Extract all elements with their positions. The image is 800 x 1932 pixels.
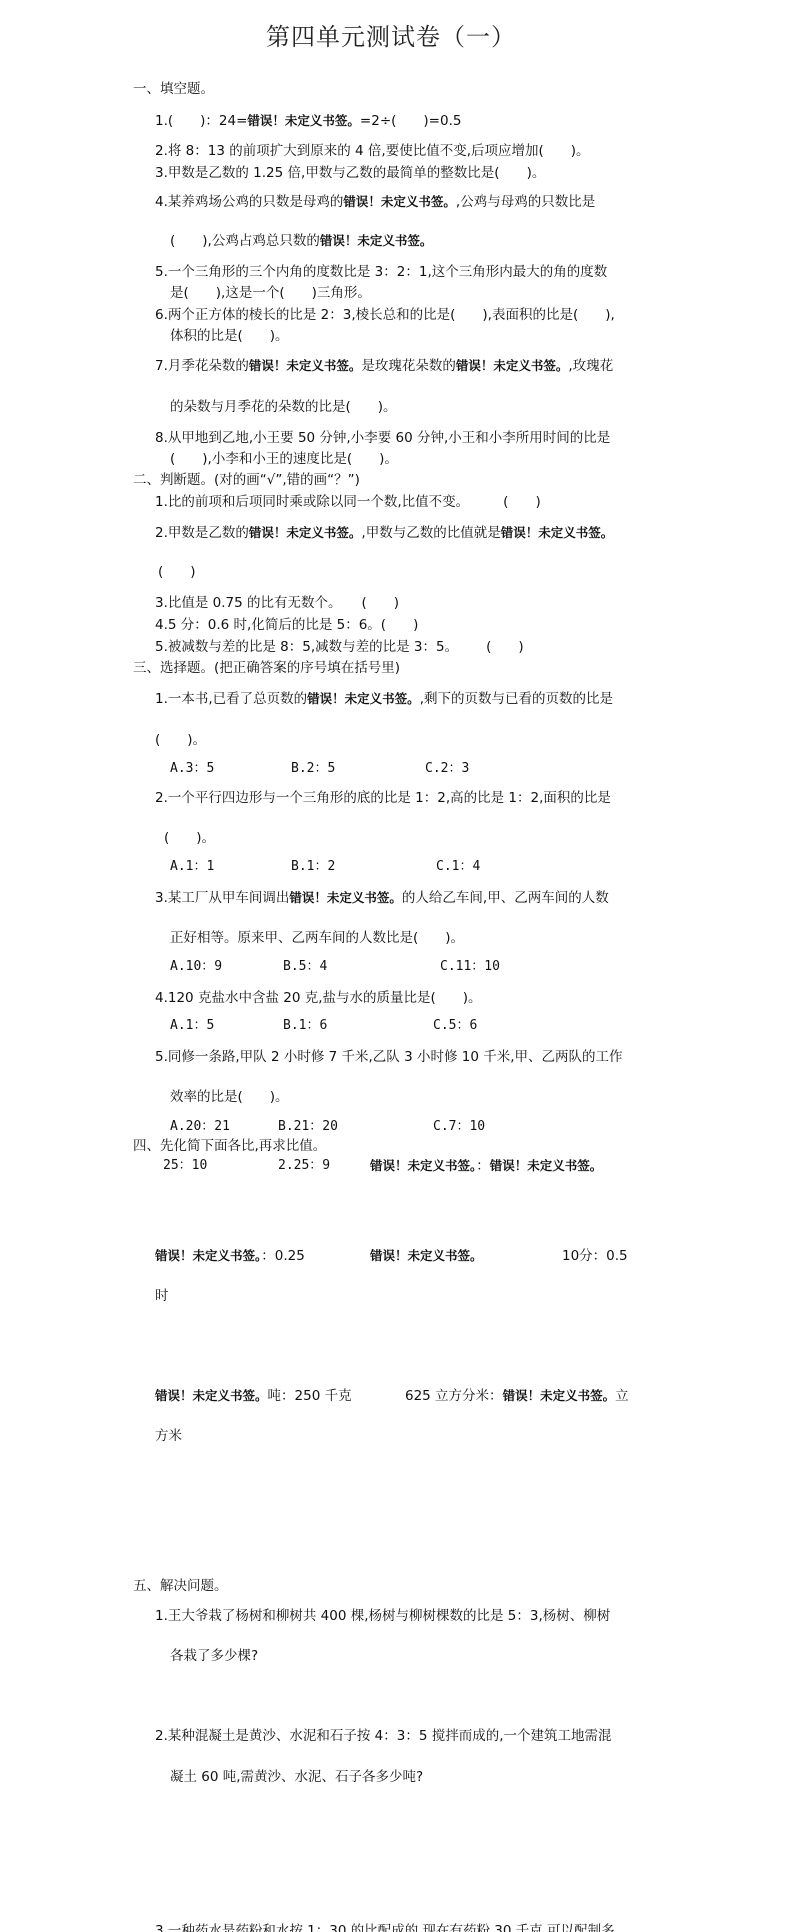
colon: ： <box>476 1158 490 1174</box>
option-c[interactable]: C.5：6 <box>433 1017 477 1035</box>
problem-5-1-line2: 各栽了多少棵? <box>170 1647 258 1665</box>
question-2-4: 4.5 分：0.6 时,化简后的比是 5：6。( ) <box>155 616 418 634</box>
ratio-8: 625 立方分米：错误！未定义书签。立 <box>405 1387 629 1405</box>
text: 625 立方分米： <box>405 1388 503 1404</box>
question-3-3: 3.某工厂从甲车间调出错误！未定义书签。的人给乙车间,甲、乙两车间的人数 <box>155 889 609 907</box>
question-3-1: 1.一本书,已看了总页数的错误！未定义书签。,剩下的页数与已看的页数的比是 <box>155 690 613 708</box>
option-b[interactable]: B.5：4 <box>283 958 327 976</box>
bookmark-error: 错误！未定义书签。 <box>501 525 614 540</box>
question-1-5-line2: 是( ),这是一个( )三角形。 <box>170 284 371 302</box>
option-c[interactable]: C.2：3 <box>425 760 469 778</box>
text: 是玫瑰花朵数的 <box>361 358 456 374</box>
text: ( ),公鸡占鸡总只数的 <box>170 233 320 249</box>
question-1-6: 6.两个正方体的棱长的比是 2：3,棱长总和的比是( ),表面积的比是( ), <box>155 306 615 324</box>
option-c[interactable]: C.11：10 <box>440 958 500 976</box>
text: 1.一本书,已看了总页数的 <box>155 691 307 707</box>
question-1-4-line2: ( ),公鸡占鸡总只数的错误！未定义书签。 <box>170 232 432 250</box>
ratio-6-wrap: 时 <box>155 1287 169 1305</box>
answer-blank[interactable]: ( ) <box>362 595 400 611</box>
question-1-6-line2: 体积的比是( )。 <box>170 327 289 345</box>
answer-blank[interactable]: ( ) <box>486 639 524 655</box>
option-c[interactable]: C.7：10 <box>433 1118 485 1136</box>
question-1-2: 2.将 8：13 的前项扩大到原来的 4 倍,要使比值不变,后项应增加( )。 <box>155 142 590 160</box>
answer-blank[interactable]: ( ) <box>503 494 541 510</box>
text: 2.甲数是乙数的 <box>155 525 249 541</box>
option-a[interactable]: A.10：9 <box>170 958 222 976</box>
bookmark-error: 错误！未定义书签。 <box>370 1158 476 1173</box>
option-a[interactable]: A.1：1 <box>170 858 214 876</box>
option-b[interactable]: B.2：5 <box>291 760 335 778</box>
question-2-2: 2.甲数是乙数的错误！未定义书签。,甲数与乙数的比值就是错误！未定义书签。 <box>155 524 613 542</box>
question-1-3: 3.甲数是乙数的 1.25 倍,甲数与乙数的最简单的整数比是( )。 <box>155 164 545 182</box>
bookmark-error: 错误！未定义书签。 <box>307 691 420 706</box>
text: 5.被减数与差的比是 8：5,减数与差的比是 3：5。 <box>155 639 458 655</box>
bookmark-error: 错误！未定义书签。 <box>490 1158 603 1173</box>
ratio-8-wrap: 方米 <box>155 1427 182 1445</box>
question-3-1-line2: ( )。 <box>155 731 206 749</box>
bookmark-error: 错误！未定义书签。 <box>155 1388 268 1403</box>
text: 4.某养鸡场公鸡的只数是母鸡的 <box>155 194 343 210</box>
text: 立 <box>615 1388 629 1404</box>
question-3-5: 5.同修一条路,甲队 2 小时修 7 千米,乙队 3 小时修 10 千米,甲、乙… <box>155 1048 623 1066</box>
text: ,玫瑰花 <box>568 358 613 374</box>
text: 1.( )：24= <box>155 113 247 129</box>
problem-5-2: 2.某种混凝土是黄沙、水泥和石子按 4：3：5 搅拌而成的,一个建筑工地需混 <box>155 1727 612 1745</box>
bookmark-error: 错误！未定义书签。 <box>155 1248 261 1263</box>
text: ,甲数与乙数的比值就是 <box>361 525 500 541</box>
option-b[interactable]: B.21：20 <box>278 1118 338 1136</box>
ratio-5: 错误！未定义书签。 <box>370 1247 483 1265</box>
question-1-1: 1.( )：24=错误！未定义书签。=2÷( )=0.5 <box>155 112 461 130</box>
text: 4.5 分：0.6 时,化简后的比是 5：6。 <box>155 617 381 633</box>
question-3-2-line2: ( )。 <box>164 829 215 847</box>
bookmark-error: 错误！未定义书签。 <box>370 1248 483 1263</box>
text: 7.月季花朵数的 <box>155 358 249 374</box>
option-a[interactable]: A.3：5 <box>170 760 214 778</box>
question-1-5: 5.一个三角形的三个内角的度数比是 3：2：1,这个三角形内最大的角的度数 <box>155 263 607 281</box>
question-2-1: 1.比的前项和后项同时乘或除以同一个数,比值不变。( ) <box>155 493 541 511</box>
question-2-2-blank[interactable]: ( ) <box>158 563 196 581</box>
bookmark-error: 错误！未定义书签。 <box>320 233 433 248</box>
text: 吨：250 千克 <box>268 1388 352 1404</box>
page-title: 第四单元测试卷（一） <box>266 22 516 52</box>
bookmark-error: 错误！未定义书签。 <box>247 113 360 128</box>
option-a[interactable]: A.1：5 <box>170 1017 214 1035</box>
bookmark-error: 错误！未定义书签。 <box>249 525 362 540</box>
question-2-5: 5.被减数与差的比是 8：5,减数与差的比是 3：5。( ) <box>155 638 524 656</box>
section-heading-multiple-choice: 三、选择题。(把正确答案的序号填在括号里) <box>133 659 400 677</box>
bookmark-error: 错误！未定义书签。 <box>289 890 402 905</box>
text: 1.比的前项和后项同时乘或除以同一个数,比值不变。 <box>155 494 469 510</box>
question-2-3: 3.比值是 0.75 的比有无数个。( ) <box>155 594 399 612</box>
section-heading-word-problems: 五、解决问题。 <box>133 1577 228 1595</box>
question-3-2: 2.一个平行四边形与一个三角形的底的比是 1：2,高的比是 1：2,面积的比是 <box>155 789 611 807</box>
ratio-7: 错误！未定义书签。吨：250 千克 <box>155 1387 352 1405</box>
text: 3.比值是 0.75 的比有无数个。 <box>155 595 342 611</box>
option-b[interactable]: B.1：6 <box>283 1017 327 1035</box>
section-heading-true-false: 二、判断题。(对的画“√”,错的画“？”) <box>133 471 360 489</box>
text: 的人给乙车间,甲、乙两车间的人数 <box>402 890 609 906</box>
question-1-8: 8.从甲地到乙地,小王要 50 分钟,小李要 60 分钟,小王和小李所用时间的比… <box>155 429 610 447</box>
question-3-5-line2: 效率的比是( )。 <box>170 1088 289 1106</box>
ratio-3: 错误！未定义书签。：错误！未定义书签。 <box>370 1157 602 1175</box>
problem-5-1: 1.王大爷栽了杨树和柳树共 400 棵,杨树与柳树棵数的比是 5：3,杨树、柳树 <box>155 1607 610 1625</box>
bookmark-error: 错误！未定义书签。 <box>249 358 362 373</box>
question-1-7-line2: 的朵数与月季花的朵数的比是( )。 <box>170 398 397 416</box>
bookmark-error: 错误！未定义书签。 <box>456 358 569 373</box>
ratio-4: 错误！未定义书签。：0.25 <box>155 1247 305 1265</box>
question-3-4: 4.120 克盐水中含盐 20 克,盐与水的质量比是( )。 <box>155 989 482 1007</box>
question-1-8-line2: ( ),小李和小王的速度比是( )。 <box>170 450 398 468</box>
option-c[interactable]: C.1：4 <box>436 858 480 876</box>
ratio-6: 10分：0.5 <box>562 1247 628 1265</box>
ratio-1: 25：10 <box>163 1157 207 1175</box>
problem-5-3: 3.一种药水是药粉和水按 1：30 的比配成的,现在有药粉 30 千克,可以配制… <box>155 1922 615 1932</box>
bookmark-error: 错误！未定义书签。 <box>503 1388 616 1403</box>
option-b[interactable]: B.1：2 <box>291 858 335 876</box>
question-3-3-line2: 正好相等。原来甲、乙两车间的人数比是( )。 <box>170 929 464 947</box>
question-1-4: 4.某养鸡场公鸡的只数是母鸡的错误！未定义书签。,公鸡与母鸡的只数比是 <box>155 193 595 211</box>
bookmark-error: 错误！未定义书签。 <box>343 194 456 209</box>
problem-5-2-line2: 凝土 60 吨,需黄沙、水泥、石子各多少吨? <box>170 1768 423 1786</box>
text: ,公鸡与母鸡的只数比是 <box>456 194 595 210</box>
text: ,剩下的页数与已看的页数的比是 <box>420 691 613 707</box>
section-heading-simplify-ratio: 四、先化简下面各比,再求比值。 <box>133 1137 326 1155</box>
section-heading-fill-blank: 一、填空题。 <box>133 80 214 98</box>
text: 3.某工厂从甲车间调出 <box>155 890 289 906</box>
answer-blank[interactable]: ( ) <box>381 617 419 633</box>
ratio-2: 2.25：9 <box>278 1157 330 1175</box>
text: ：0.25 <box>261 1248 305 1264</box>
option-a[interactable]: A.20：21 <box>170 1118 230 1136</box>
text: =2÷( )=0.5 <box>360 113 462 129</box>
question-1-7: 7.月季花朵数的错误！未定义书签。是玫瑰花朵数的错误！未定义书签。,玫瑰花 <box>155 357 613 375</box>
